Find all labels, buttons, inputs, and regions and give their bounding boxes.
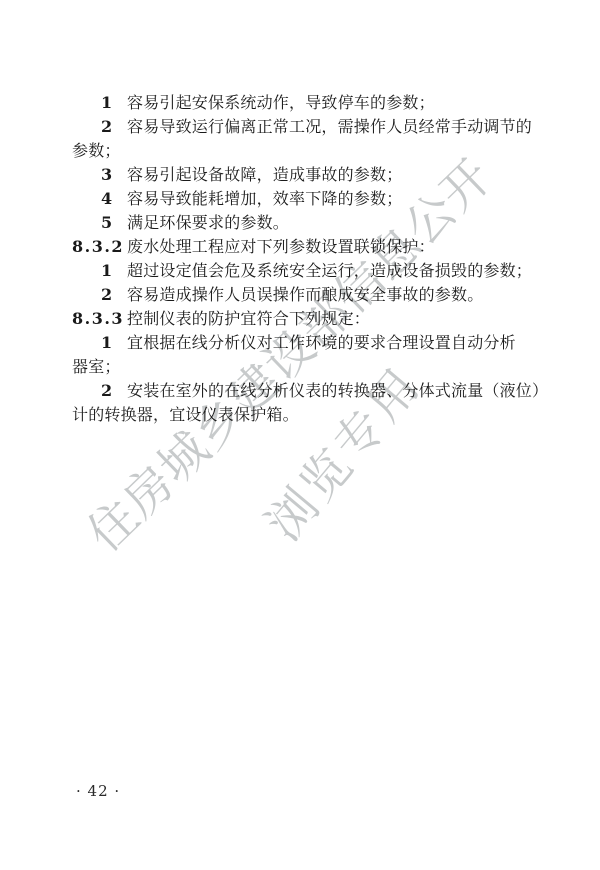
line-text: 容易造成操作人员误操作而酿成安全事故的参数。: [127, 285, 483, 304]
item-number: 4: [72, 187, 127, 211]
list-item: 4容易导致能耗增加，效率下降的参数；: [72, 187, 538, 211]
list-item: 2安装在室外的在线分析仪表的转换器、分体式流量（液位）: [72, 379, 538, 403]
line-text: 满足环保要求的参数。: [127, 213, 289, 232]
line-text: 容易引起设备故障，造成事故的参数；: [127, 165, 402, 184]
continuation-line: 器室；: [72, 355, 538, 379]
list-item: 1超过设定值会危及系统安全运行，造成设备损毁的参数；: [72, 259, 538, 283]
item-number: 2: [72, 379, 127, 403]
list-item: 5满足环保要求的参数。: [72, 211, 538, 235]
item-number: 1: [72, 331, 127, 355]
list-item: 3容易引起设备故障，造成事故的参数；: [72, 163, 538, 187]
clause-number: 8.3.3: [72, 307, 127, 331]
list-item: 2容易导致运行偏离正常工况，需操作人员经常手动调节的: [72, 115, 538, 139]
line-text: 宜根据在线分析仪对工作环境的要求合理设置自动分析: [127, 333, 516, 352]
line-text: 控制仪表的防护宜符合下列规定：: [127, 309, 370, 328]
item-number: 1: [72, 91, 127, 115]
document-text-block: 1容易引起安保系统动作，导致停车的参数； 2容易导致运行偏离正常工况，需操作人员…: [72, 91, 538, 427]
clause-number: 8.3.2: [72, 235, 127, 259]
page-number: · 42 ·: [76, 782, 120, 800]
list-item: 1宜根据在线分析仪对工作环境的要求合理设置自动分析: [72, 331, 538, 355]
line-text: 计的转换器，宜设仪表保护箱。: [72, 405, 299, 424]
line-text: 容易导致能耗增加，效率下降的参数；: [127, 189, 402, 208]
line-text: 容易导致运行偏离正常工况，需操作人员经常手动调节的: [127, 117, 532, 136]
line-text: 容易引起安保系统动作，导致停车的参数；: [127, 93, 435, 112]
item-number: 2: [72, 115, 127, 139]
line-text: 废水处理工程应对下列参数设置联锁保护：: [127, 237, 435, 256]
line-text: 超过设定值会危及系统安全运行，造成设备损毁的参数；: [127, 261, 532, 280]
line-text: 安装在室外的在线分析仪表的转换器、分体式流量（液位）: [127, 381, 548, 400]
line-text: 器室；: [72, 357, 121, 376]
clause-heading: 8.3.2废水处理工程应对下列参数设置联锁保护：: [72, 235, 538, 259]
item-number: 2: [72, 283, 127, 307]
continuation-line: 计的转换器，宜设仪表保护箱。: [72, 403, 538, 427]
list-item: 1容易引起安保系统动作，导致停车的参数；: [72, 91, 538, 115]
list-item: 2容易造成操作人员误操作而酿成安全事故的参数。: [72, 283, 538, 307]
item-number: 5: [72, 211, 127, 235]
clause-heading: 8.3.3控制仪表的防护宜符合下列规定：: [72, 307, 538, 331]
continuation-line: 参数；: [72, 139, 538, 163]
item-number: 1: [72, 259, 127, 283]
line-text: 参数；: [72, 141, 121, 160]
item-number: 3: [72, 163, 127, 187]
